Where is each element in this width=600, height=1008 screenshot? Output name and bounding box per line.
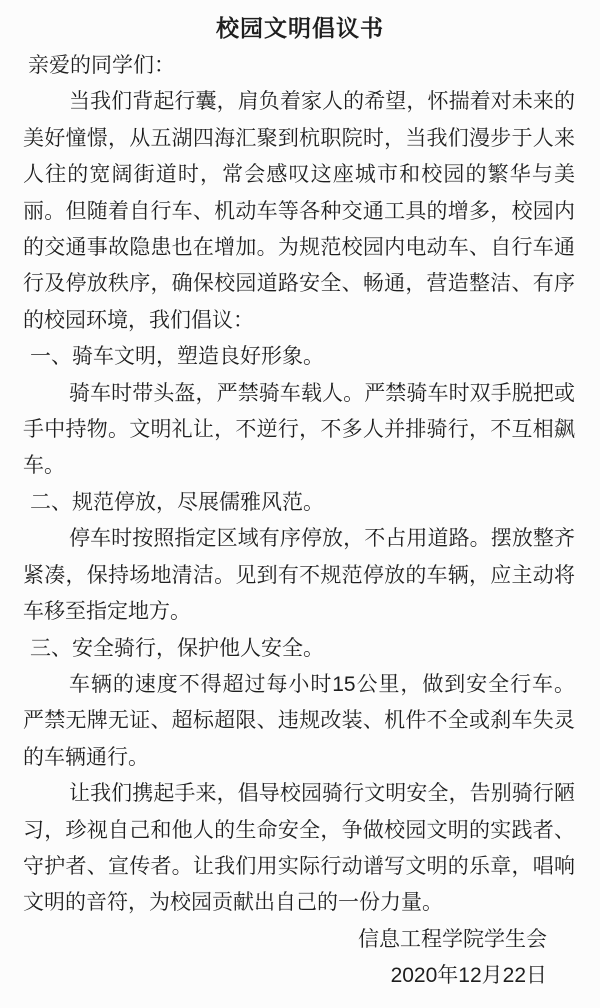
signature-date: 2020年12月22日 [23,958,547,994]
section-1-body: 骑车时带头盔，严禁骑车载人。严禁骑车时双手脱把或手中持物。文明礼让，不逆行，不多… [23,376,575,485]
closing-paragraph: 让我们携起手来，倡导校园骑行文明安全，告别骑行陋习，珍视自己和他人的生命安全，争… [23,776,575,922]
section-3-body: 车辆的速度不得超过每小时15公里，做到安全行车。严禁无牌无证、超标超限、违规改装… [23,667,575,776]
section-1-heading: 一、骑车文明，塑造良好形象。 [23,339,575,375]
section-2-heading: 二、规范停放，尽展儒雅风范。 [23,485,575,521]
section-2-body: 停车时按照指定区域有序停放，不占用道路。摆放整齐紧凑，保持场地清洁。见到有不规范… [23,521,575,630]
signature-organization: 信息工程学院学生会 [23,922,547,958]
section-3: 三、安全骑行，保护他人安全。 车辆的速度不得超过每小时15公里，做到安全行车。严… [23,631,575,777]
intro-paragraph: 当我们背起行囊，肩负着家人的希望，怀揣着对未来的美好憧憬，从五湖四海汇聚到杭职院… [23,84,575,339]
salutation: 亲爱的同学们： [23,48,575,84]
section-2: 二、规范停放，尽展儒雅风范。 停车时按照指定区域有序停放，不占用道路。摆放整齐紧… [23,485,575,631]
section-1: 一、骑车文明，塑造良好形象。 骑车时带头盔，严禁骑车载人。严禁骑车时双手脱把或手… [23,339,575,485]
document-body: 亲爱的同学们： 当我们背起行囊，肩负着家人的希望，怀揣着对未来的美好憧憬，从五湖… [23,48,575,995]
section-3-heading: 三、安全骑行，保护他人安全。 [23,631,575,667]
signature-block: 信息工程学院学生会 2020年12月22日 [23,922,575,995]
document-title: 校园文明倡议书 [0,12,600,44]
document-page: 校园文明倡议书 亲爱的同学们： 当我们背起行囊，肩负着家人的希望，怀揣着对未来的… [0,0,600,1008]
